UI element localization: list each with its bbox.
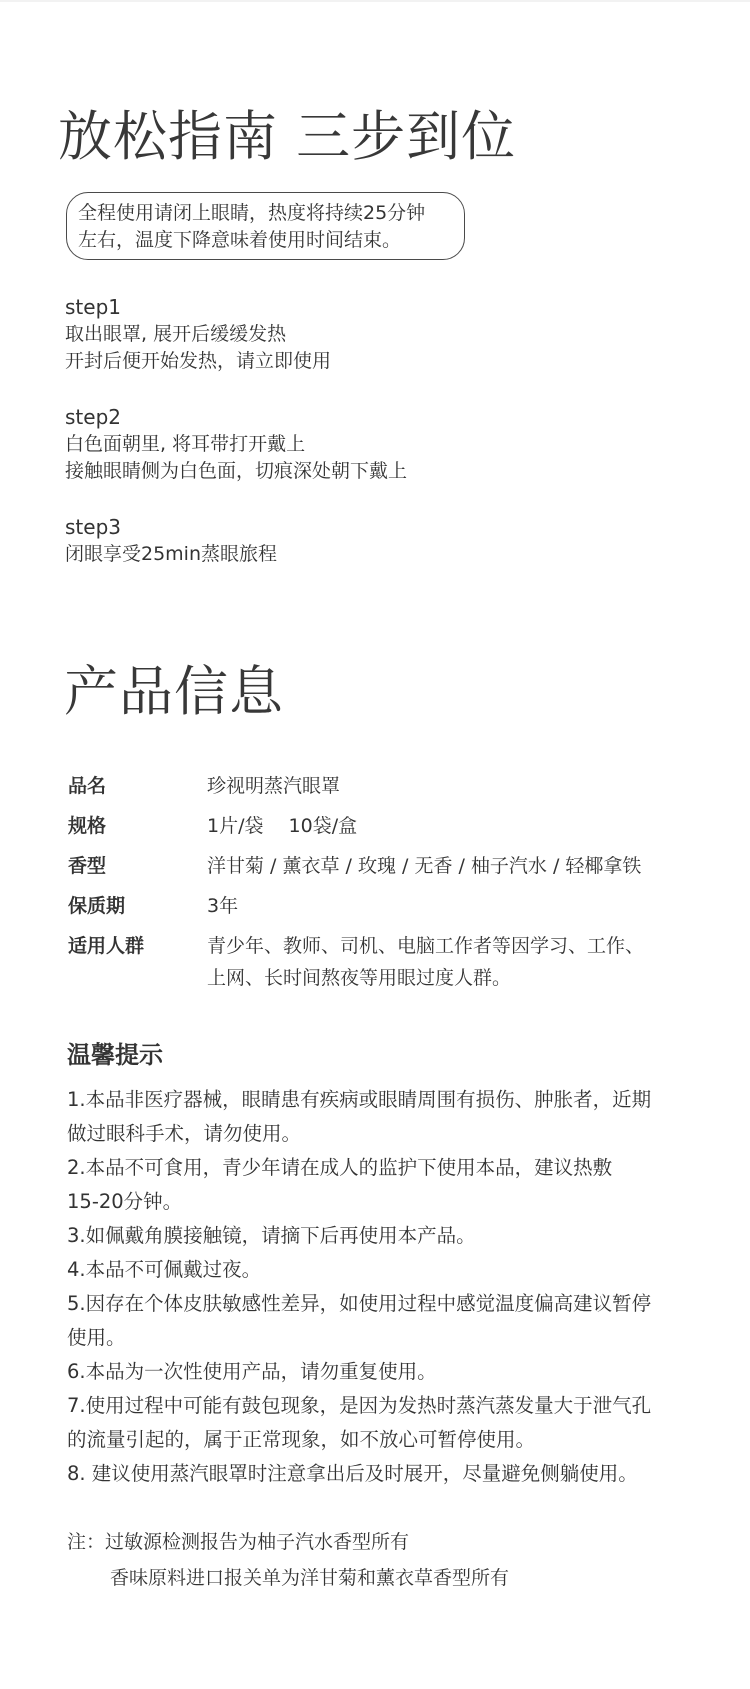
info-label: 品名 bbox=[68, 770, 207, 802]
tip-line: 2.本品不可食用，青少年请在成人的监护下使用本品，建议热敷 bbox=[67, 1151, 697, 1185]
step-text: 接触眼睛侧为白色面，切痕深处朝下戴上 bbox=[65, 458, 407, 485]
info-value: 青少年、教师、司机、电脑工作者等因学习、工作、 上网、长时间熬夜等用眼过度人群。 bbox=[207, 930, 644, 994]
notice-line-2: 左右，温度下降意味着使用时间结束。 bbox=[78, 227, 464, 254]
tip-line: 7.使用过程中可能有鼓包现象，是因为发热时蒸汽蒸发量大于泄气孔 bbox=[67, 1389, 697, 1423]
notice-line-1: 全程使用请闭上眼睛，热度将持续25分钟 bbox=[78, 200, 464, 227]
top-divider bbox=[0, 0, 750, 2]
guide-title: 放松指南 三步到位 bbox=[58, 100, 516, 174]
step-text: 白色面朝里, 将耳带打开戴上 bbox=[65, 431, 407, 458]
allergen-note: 注：过敏源检测报告为柚子汽水香型所有 香味原料进口报关单为洋甘菊和薰衣草香型所有 bbox=[67, 1524, 509, 1596]
info-value-line: 3年 bbox=[207, 890, 238, 922]
product-info-title: 产品信息 bbox=[64, 655, 284, 729]
tip-line: 使用。 bbox=[67, 1321, 697, 1355]
tip-line: 做过眼科手术，请勿使用。 bbox=[67, 1117, 697, 1151]
step-label: step1 bbox=[65, 294, 331, 321]
info-value-line: 洋甘菊 / 薰衣草 / 玫瑰 / 无香 / 柚子汽水 / 轻椰拿铁 bbox=[207, 850, 641, 882]
step-text: 开封后便开始发热，请立即使用 bbox=[65, 348, 331, 375]
info-value-line: 青少年、教师、司机、电脑工作者等因学习、工作、 bbox=[207, 930, 644, 962]
info-value-line: 珍视明蒸汽眼罩 bbox=[207, 770, 340, 802]
step-text: 取出眼罩, 展开后缓缓发热 bbox=[65, 321, 331, 348]
info-label: 香型 bbox=[68, 850, 207, 882]
info-value: 洋甘菊 / 薰衣草 / 玫瑰 / 无香 / 柚子汽水 / 轻椰拿铁 bbox=[207, 850, 641, 882]
step-2: step2 白色面朝里, 将耳带打开戴上 接触眼睛侧为白色面，切痕深处朝下戴上 bbox=[65, 404, 407, 485]
step-label: step3 bbox=[65, 514, 277, 541]
tip-line: 8. 建议使用蒸汽眼罩时注意拿出后及时展开，尽量避免侧躺使用。 bbox=[67, 1457, 697, 1491]
tip-line: 3.如佩戴角膜接触镜，请摘下后再使用本产品。 bbox=[67, 1219, 697, 1253]
info-row-shelf-life: 保质期 3年 bbox=[68, 890, 708, 922]
note-line-2: 香味原料进口报关单为洋甘菊和薰衣草香型所有 bbox=[67, 1560, 509, 1596]
tip-line: 6.本品为一次性使用产品，请勿重复使用。 bbox=[67, 1355, 697, 1389]
usage-notice-box: 全程使用请闭上眼睛，热度将持续25分钟 左右，温度下降意味着使用时间结束。 bbox=[66, 192, 465, 260]
product-info-table: 品名 珍视明蒸汽眼罩 规格 1片/袋 10袋/盒 香型 洋甘菊 / 薰衣草 / … bbox=[68, 770, 708, 1002]
tip-line: 1.本品非医疗器械，眼睛患有疾病或眼睛周围有损伤、肿胀者，近期 bbox=[67, 1083, 697, 1117]
tip-line: 15-20分钟。 bbox=[67, 1185, 697, 1219]
warm-tips-list: 1.本品非医疗器械，眼睛患有疾病或眼睛周围有损伤、肿胀者，近期 做过眼科手术，请… bbox=[67, 1083, 697, 1491]
step-1: step1 取出眼罩, 展开后缓缓发热 开封后便开始发热，请立即使用 bbox=[65, 294, 331, 375]
tip-line: 的流量引起的，属于正常现象，如不放心可暂停使用。 bbox=[67, 1423, 697, 1457]
info-row-name: 品名 珍视明蒸汽眼罩 bbox=[68, 770, 708, 802]
info-value: 珍视明蒸汽眼罩 bbox=[207, 770, 340, 802]
info-row-spec: 规格 1片/袋 10袋/盒 bbox=[68, 810, 708, 842]
info-value-line: 上网、长时间熬夜等用眼过度人群。 bbox=[207, 962, 644, 994]
warm-tips-title: 温馨提示 bbox=[67, 1038, 163, 1072]
info-label: 保质期 bbox=[68, 890, 207, 922]
step-text: 闭眼享受25min蒸眼旅程 bbox=[65, 541, 277, 568]
info-value: 3年 bbox=[207, 890, 238, 922]
info-value: 1片/袋 10袋/盒 bbox=[207, 810, 357, 842]
info-label: 适用人群 bbox=[68, 930, 207, 994]
step-3: step3 闭眼享受25min蒸眼旅程 bbox=[65, 514, 277, 568]
tip-line: 5.因存在个体皮肤敏感性差异，如使用过程中感觉温度偏高建议暂停 bbox=[67, 1287, 697, 1321]
info-row-scent: 香型 洋甘菊 / 薰衣草 / 玫瑰 / 无香 / 柚子汽水 / 轻椰拿铁 bbox=[68, 850, 708, 882]
info-value-line: 1片/袋 10袋/盒 bbox=[207, 810, 357, 842]
tip-line: 4.本品不可佩戴过夜。 bbox=[67, 1253, 697, 1287]
step-label: step2 bbox=[65, 404, 407, 431]
note-line-1: 注：过敏源检测报告为柚子汽水香型所有 bbox=[67, 1524, 509, 1560]
info-label: 规格 bbox=[68, 810, 207, 842]
info-row-target-users: 适用人群 青少年、教师、司机、电脑工作者等因学习、工作、 上网、长时间熬夜等用眼… bbox=[68, 930, 708, 994]
